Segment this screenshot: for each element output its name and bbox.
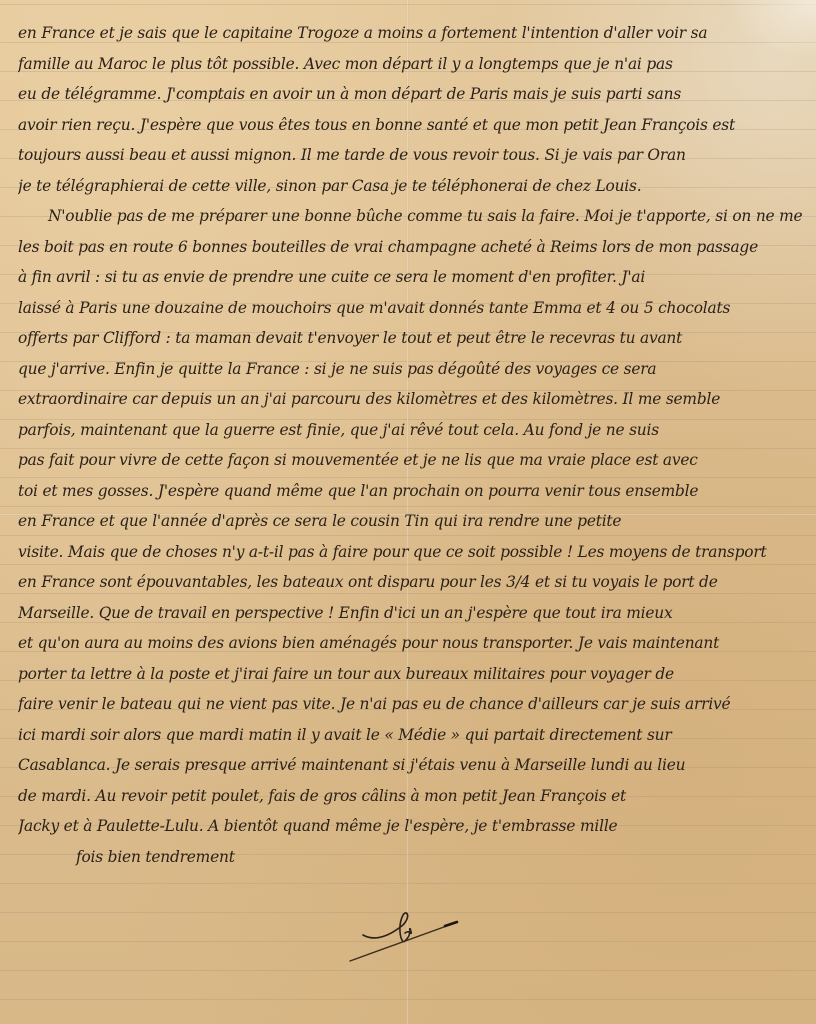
letter-line: en France et je sais que le capitaine Tr… [18, 18, 803, 49]
letter-line: eu de télégramme. J'comptais en avoir un… [18, 79, 803, 110]
letter-line: Marseille. Que de travail en perspective… [18, 598, 803, 629]
letter-line: porter ta lettre à la poste et j'irai fa… [18, 659, 803, 690]
letter-line: faire venir le bateau qui ne vient pas v… [18, 689, 803, 720]
letter-line: offerts par Clifford : ta maman devait t… [18, 323, 803, 354]
signature-icon [345, 905, 465, 975]
letter-line: pas fait pour vivre de cette façon si mo… [18, 445, 803, 476]
letter-line-paragraph-start: N'oublie pas de me préparer une bonne bû… [18, 201, 803, 232]
letter-line: famille au Maroc le plus tôt possible. A… [18, 49, 803, 80]
letter-line: de mardi. Au revoir petit poulet, fais d… [18, 781, 803, 812]
letter-line: Casablanca. Je serais presque arrivé mai… [18, 750, 803, 781]
letter-line: avoir rien reçu. J'espère que vous êtes … [18, 110, 803, 141]
letter-line: laissé à Paris une douzaine de mouchoirs… [18, 293, 803, 324]
letter-line: et qu'on aura au moins des avions bien a… [18, 628, 803, 659]
letter-line: à fin avril : si tu as envie de prendre … [18, 262, 803, 293]
letter-body: en France et je sais que le capitaine Tr… [18, 18, 803, 872]
letter-line: que j'arrive. Enfin je quitte la France … [18, 354, 803, 385]
letter-line: ici mardi soir alors que mardi matin il … [18, 720, 803, 751]
letter-line: parfois, maintenant que la guerre est fi… [18, 415, 803, 446]
letter-line: en France et que l'année d'après ce sera… [18, 506, 803, 537]
letter-closing: fois bien tendrement [18, 842, 803, 873]
letter-page: en France et je sais que le capitaine Tr… [0, 0, 816, 1024]
letter-line: toujours aussi beau et aussi mignon. Il … [18, 140, 803, 171]
letter-line: toi et mes gosses. J'espère quand même q… [18, 476, 803, 507]
letter-line: visite. Mais que de choses n'y a-t-il pa… [18, 537, 803, 568]
letter-line: je te télégraphierai de cette ville, sin… [18, 171, 803, 202]
letter-line: en France sont épouvantables, les bateau… [18, 567, 803, 598]
letter-line: les boit pas en route 6 bonnes bouteille… [18, 232, 803, 263]
letter-line: Jacky et à Paulette-Lulu. A bientôt quan… [18, 811, 803, 842]
letter-line: extraordinaire car depuis un an j'ai par… [18, 384, 803, 415]
